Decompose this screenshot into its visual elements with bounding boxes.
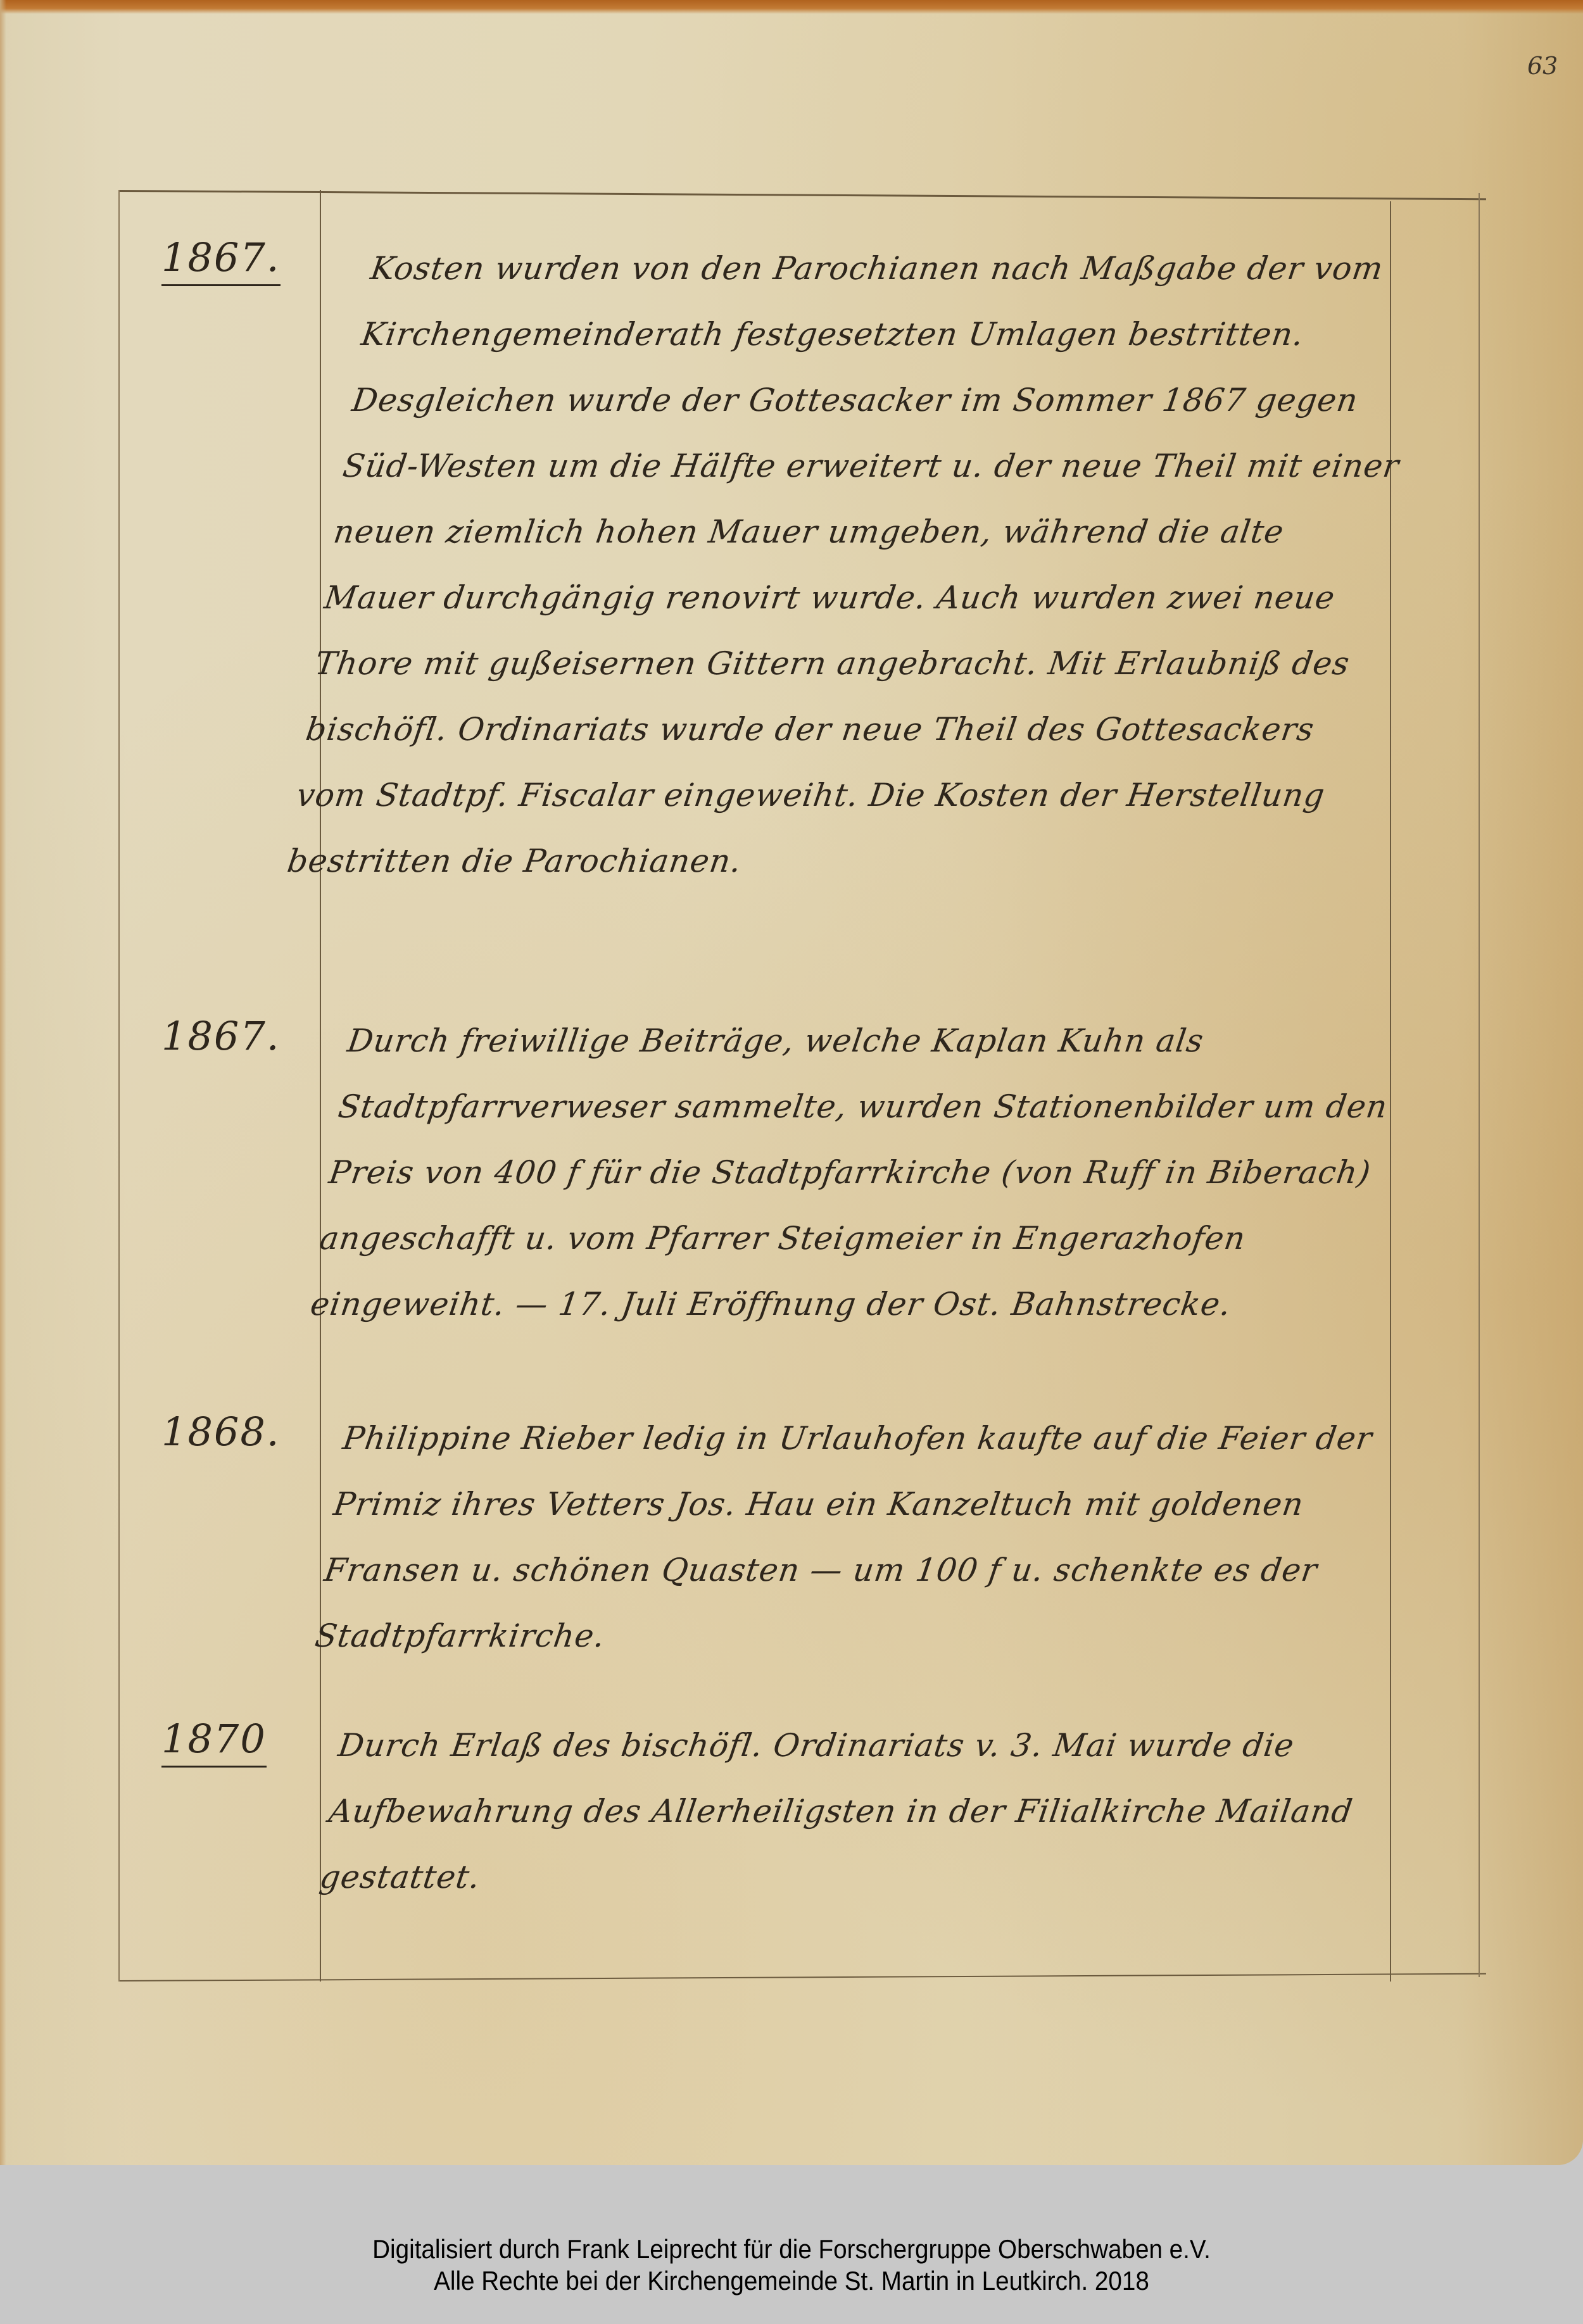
digitization-credit: Digitalisiert durch Frank Leiprecht für …: [63, 2233, 1520, 2265]
rights-notice: Alle Rechte bei der Kirchengemeinde St. …: [63, 2265, 1520, 2297]
frame-right-rule: [1479, 193, 1480, 1977]
entry-text: Durch Erlaß des bischöfl. Ordinariats v.…: [315, 1712, 1407, 1910]
entry-year: 1867.: [161, 234, 281, 286]
frame-bottom-rule: [118, 1973, 1486, 1982]
entry-year: 1867.: [161, 1013, 281, 1059]
copyright-footer: Digitalisiert durch Frank Leiprecht für …: [0, 2165, 1583, 2324]
frame-top-rule: [118, 190, 1486, 200]
manuscript-page: 63 1867. Kosten wurden von den Parochian…: [0, 0, 1583, 2165]
entry-text: Philippine Rieber ledig in Urlauhofen ka…: [311, 1405, 1411, 1669]
entry-text: Kosten wurden von den Parochianen nach M…: [283, 236, 1439, 894]
entry-year: 1870: [161, 1716, 267, 1768]
year-column-divider: [320, 190, 321, 1982]
book-binding-edge: [0, 0, 6, 2165]
frame-left-rule: [118, 190, 120, 1982]
book-edge-top: [0, 0, 1583, 14]
page-number: 63: [1527, 52, 1558, 80]
entry-text: Durch freiwillige Beiträge, welche Kapla…: [306, 1008, 1416, 1337]
entry-year: 1868.: [161, 1409, 281, 1455]
